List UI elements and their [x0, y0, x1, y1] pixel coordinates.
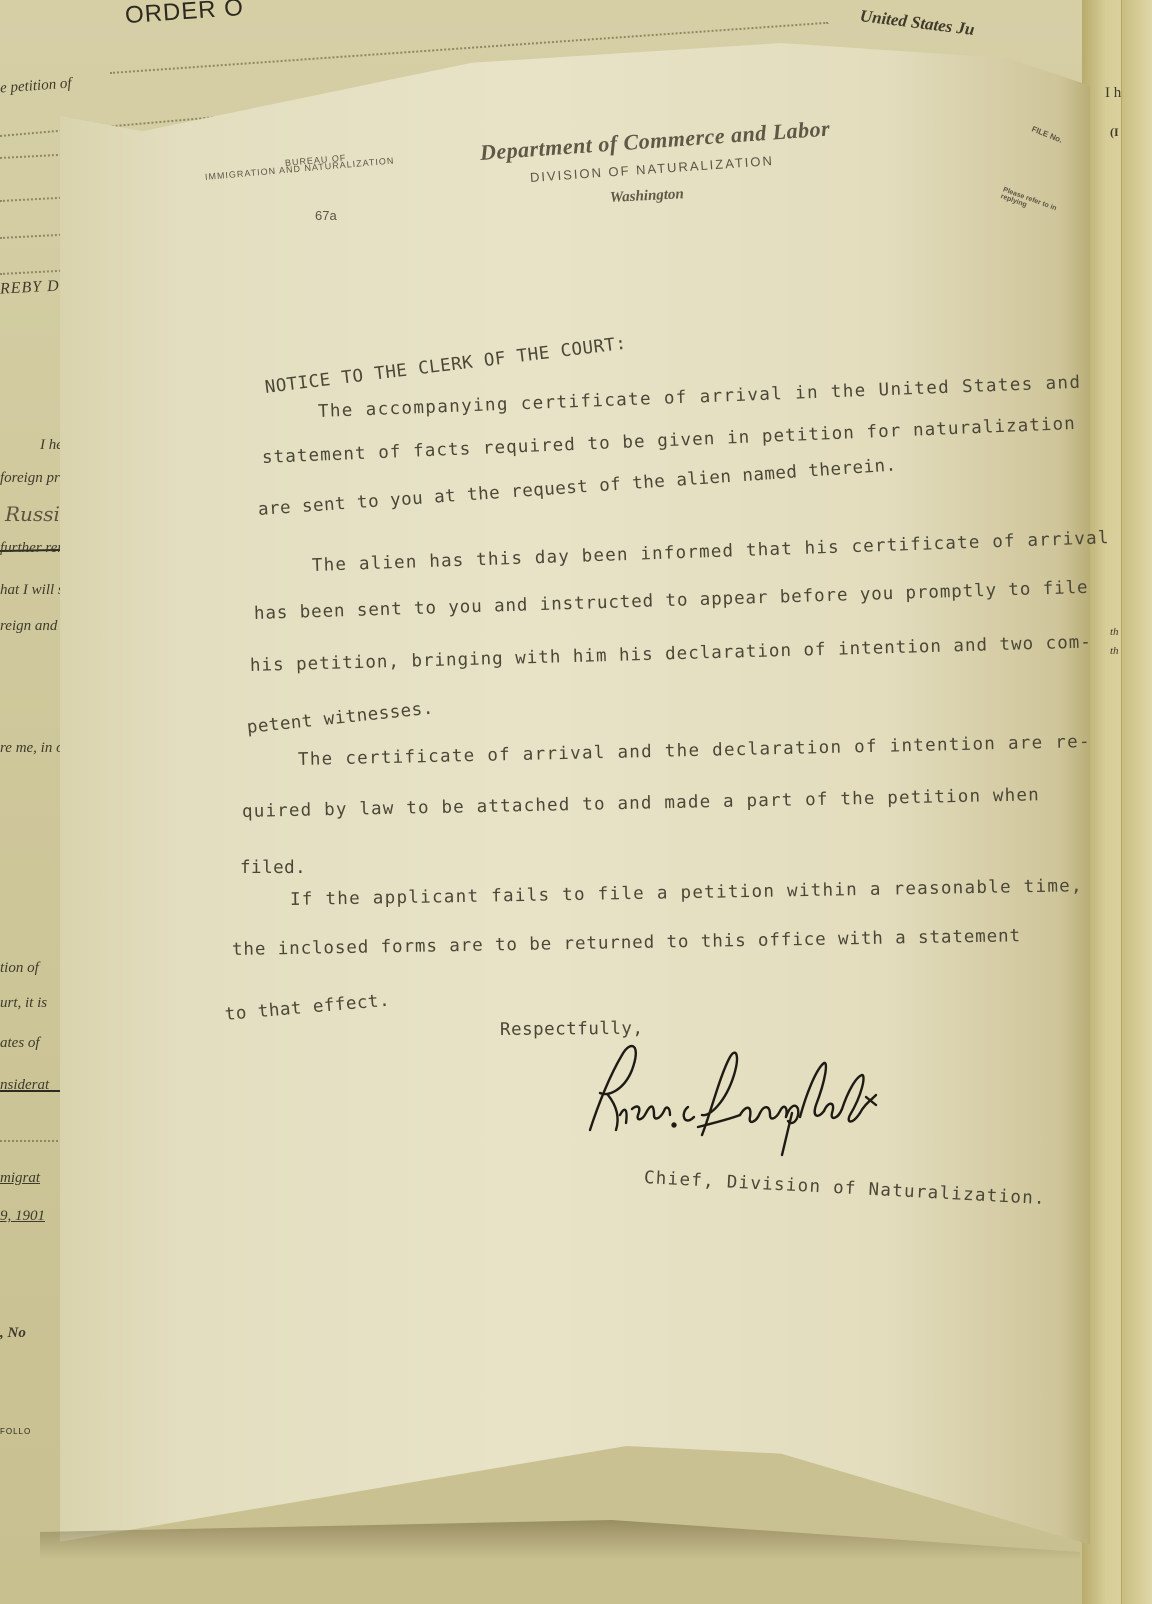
signature-icon [580, 1035, 900, 1165]
background-right-i-h: I h [1105, 85, 1121, 102]
letterhead-form-number: 67a [315, 208, 337, 223]
background-states-of: ates of [0, 1035, 40, 1052]
background-tion-of: tion of [0, 960, 39, 977]
background-right-th-1: th [1110, 626, 1119, 638]
background-petition-of: e petition of [0, 76, 72, 98]
background-date-1901: 9, 1901 [0, 1208, 45, 1225]
background-dotted-line [0, 1140, 62, 1142]
background-considerat: nsiderat [0, 1077, 49, 1094]
paragraph-3-line-3: filed. [240, 858, 306, 878]
background-court-it-is: urt, it is [0, 995, 47, 1012]
handwritten-signature [580, 1035, 900, 1165]
background-order-heading: ORDER O [124, 0, 245, 30]
background-right-page-edge-2 [1121, 0, 1152, 1604]
background-right-paren-i: (I [1110, 125, 1119, 140]
background-united-states-fragment: United States Ju [859, 6, 976, 40]
background-before-me: re me, in o, [0, 740, 67, 757]
background-right-th-2: th [1110, 645, 1119, 657]
background-follo: FOLLO [0, 1427, 31, 1436]
background-foreign-and: reign and d [0, 618, 69, 635]
background-immigrat: migrat [0, 1170, 40, 1187]
background-no: , No [0, 1325, 26, 1342]
